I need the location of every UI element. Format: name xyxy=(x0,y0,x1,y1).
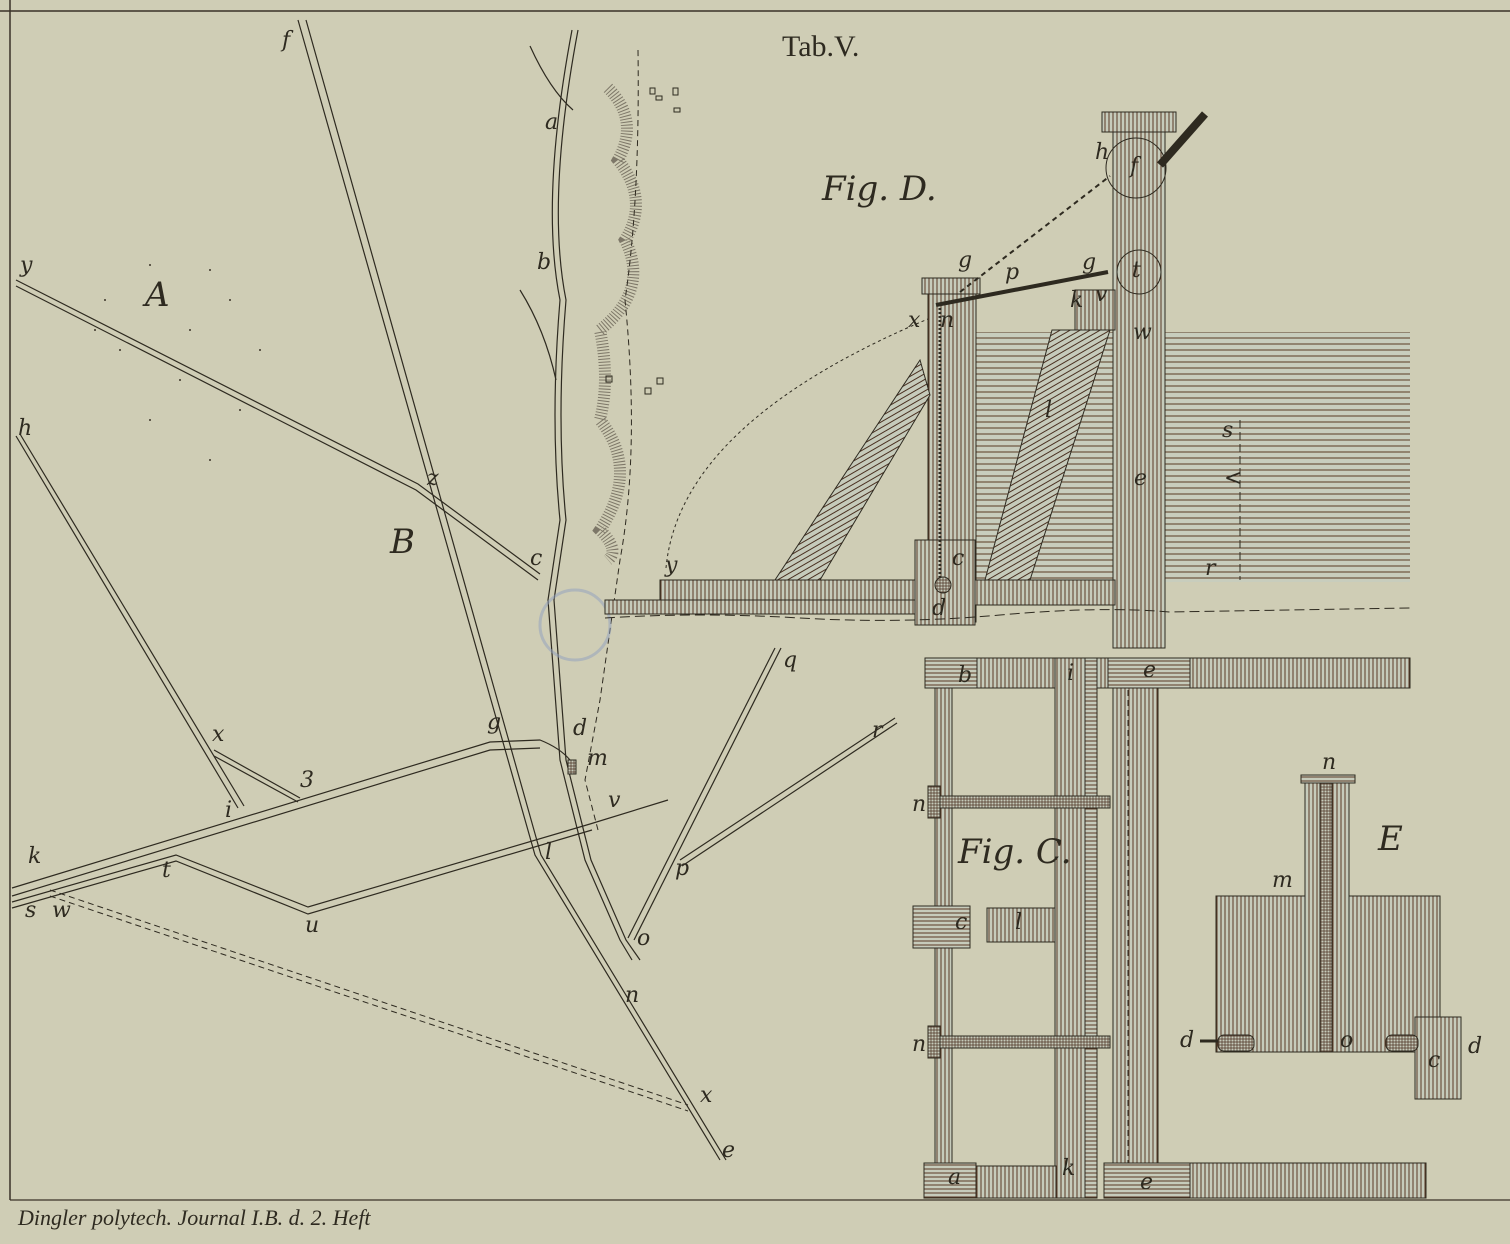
map-label-g: g xyxy=(487,712,501,734)
fig-c-label-i: i xyxy=(1067,663,1074,685)
map-label-t: t xyxy=(162,860,171,882)
fig-d-flow-arrow: < xyxy=(1224,468,1242,490)
fig-d-label-v: v xyxy=(1095,284,1107,306)
fig-e-label-n: n xyxy=(1322,752,1336,774)
fig-e-label-o: o xyxy=(1340,1030,1353,1052)
engraved-plate: Tab.V. Dingler polytech. Journal I.B. d.… xyxy=(0,0,1510,1244)
region-label-b: B xyxy=(390,525,415,559)
fig-e-label-d-left: d xyxy=(1180,1030,1194,1052)
fig-d-label-r: r xyxy=(1205,558,1216,580)
hill-hatching xyxy=(600,88,636,560)
fig-c-label-n1: n xyxy=(912,794,926,816)
fig-d-label-n: n xyxy=(940,310,954,332)
map-label-i: i xyxy=(225,800,232,822)
map-label-y: y xyxy=(20,255,32,277)
fig-d-label-k: k xyxy=(1070,290,1083,312)
map-label-e: e xyxy=(722,1140,735,1162)
fig-d-label-f: f xyxy=(1130,156,1138,178)
fig-c-label-c: c xyxy=(955,912,967,934)
map-label-f: f xyxy=(282,30,290,52)
fig-e-title: E xyxy=(1378,822,1403,856)
fig-e-drawing xyxy=(1200,775,1461,1099)
map-label-w: w xyxy=(52,900,71,922)
map-label-a: a xyxy=(545,112,558,134)
fig-c-label-a: a xyxy=(948,1167,961,1189)
fig-d-label-t: t xyxy=(1132,260,1141,282)
fig-c-label-e-top: e xyxy=(1143,660,1156,682)
map-label-m: m xyxy=(587,748,608,770)
map-label-v: v xyxy=(608,790,620,812)
fig-c-label-e-bottom: e xyxy=(1140,1172,1153,1194)
map-label-n: n xyxy=(625,985,639,1007)
map-label-s: s xyxy=(25,900,36,922)
map-label-d: d xyxy=(573,718,587,740)
map-label-b: b xyxy=(537,252,551,274)
fig-e-label-d-right: d xyxy=(1468,1036,1482,1058)
fig-c-label-n2: n xyxy=(912,1034,926,1056)
map-label-x-lower: x xyxy=(700,1085,712,1107)
fig-c-label-b: b xyxy=(958,665,972,687)
fig-d-label-x: x xyxy=(908,310,920,332)
plate-title: Tab.V. xyxy=(782,30,859,64)
map-label-o: o xyxy=(637,928,650,950)
fig-d-label-g1: g xyxy=(958,250,972,272)
fig-d-label-l: l xyxy=(1045,400,1052,422)
map-label-k: k xyxy=(28,846,41,868)
fig-d-label-c: c xyxy=(952,548,964,570)
map-label-u: u xyxy=(305,915,319,937)
fig-d-label-s: s xyxy=(1222,420,1233,442)
fig-e-label-m: m xyxy=(1272,870,1293,892)
map-label-h: h xyxy=(18,418,32,440)
map-label-l: l xyxy=(545,842,552,864)
fig-d-drawing xyxy=(605,112,1410,648)
fig-d-label-d: d xyxy=(932,598,946,620)
fig-d-label-g2: g xyxy=(1082,252,1096,274)
fig-d-label-w: w xyxy=(1133,322,1152,344)
fig-c-title: Fig. C. xyxy=(958,835,1071,869)
fig-d-label-p: p xyxy=(1005,262,1019,284)
map-label-z: z xyxy=(427,468,439,490)
fig-d-label-h: h xyxy=(1095,142,1109,164)
plate-drawing xyxy=(0,0,1510,1244)
map-label-p: p xyxy=(675,858,689,880)
fig-d-title: Fig. D. xyxy=(822,172,937,206)
fig-c-label-l: l xyxy=(1015,912,1022,934)
map-label-r: r xyxy=(872,720,883,742)
journal-caption: Dingler polytech. Journal I.B. d. 2. Hef… xyxy=(18,1205,371,1231)
fig-d-label-y: y xyxy=(665,555,677,577)
fig-c-label-k: k xyxy=(1062,1158,1075,1180)
map-label-3: 3 xyxy=(300,770,314,792)
fig-d-label-e: e xyxy=(1134,468,1147,490)
map-label-q: q xyxy=(783,650,797,672)
fig-e-label-c: c xyxy=(1428,1050,1440,1072)
village-buildings xyxy=(568,88,680,774)
region-label-a: A xyxy=(145,278,170,312)
map-label-x-upper: x xyxy=(212,724,224,746)
library-stamp xyxy=(540,590,610,660)
map-label-c: c xyxy=(530,548,542,570)
